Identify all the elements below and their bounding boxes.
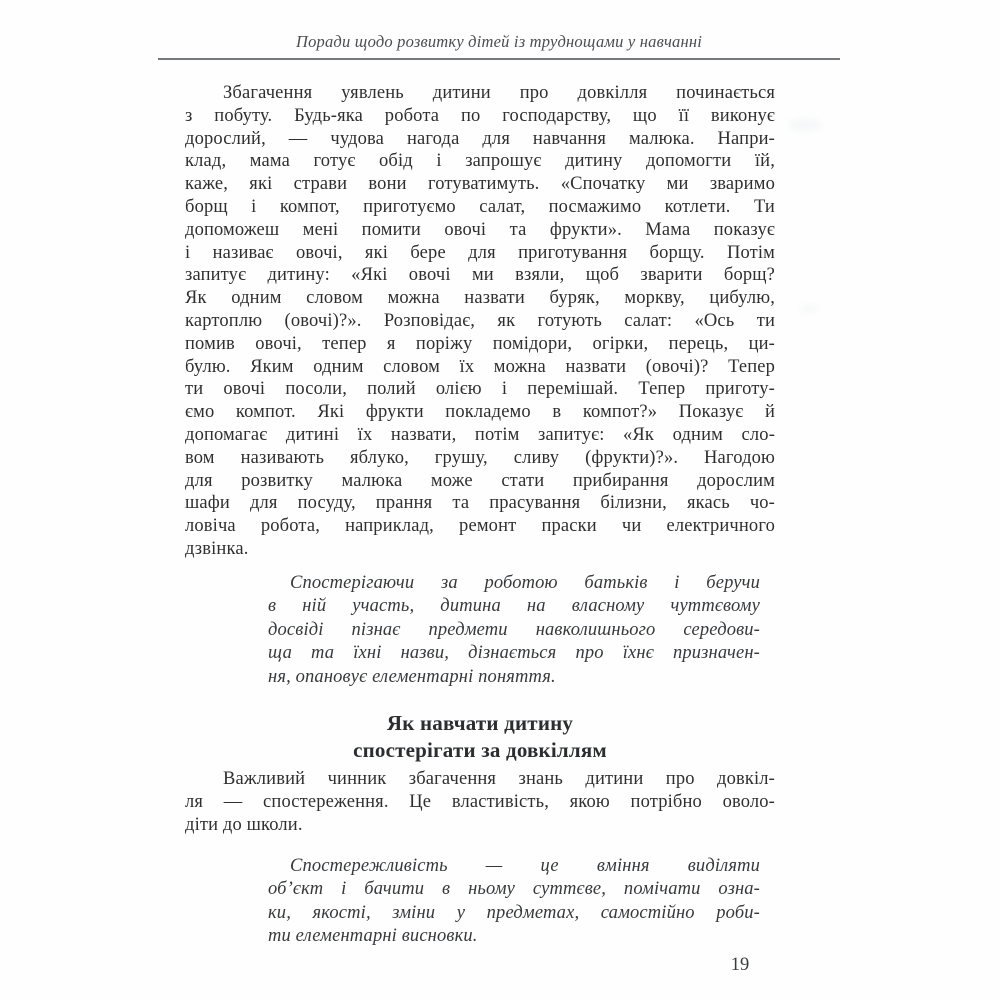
text-line: ща та їхні назви, дізнається про їхнє пр… bbox=[268, 642, 760, 665]
text-line: для розвитку малюка може стати прибиранн… bbox=[185, 470, 775, 493]
text-line: діти до школи. bbox=[185, 814, 775, 837]
text-line: шафи для посуду, прання та прасування бі… bbox=[185, 492, 775, 515]
text-line: з побуту. Будь-яка робота по господарств… bbox=[185, 105, 775, 128]
book-page: Поради щодо розвитку дітей із труднощами… bbox=[0, 0, 1000, 1000]
text-line: спостерігати за довкіллям bbox=[185, 737, 775, 764]
text-line: дзвінка. bbox=[185, 538, 775, 561]
text-line: допоможеш мені помити овочі та фрукти». … bbox=[185, 219, 775, 242]
header-rule bbox=[158, 58, 840, 60]
text-line: булю. Яким одним словом їх можна назвати… bbox=[185, 356, 775, 379]
section-heading: Як навчати дитинуспостерігати за довкілл… bbox=[185, 710, 775, 763]
text-line: Спостерігаючи за роботою батьків і беруч… bbox=[268, 572, 760, 595]
text-line: ля — спостереження. Це властивість, якою… bbox=[185, 791, 775, 814]
text-line: ня, опановує елементарні поняття. bbox=[268, 666, 760, 689]
text-line: і називає овочі, які бере для приготуван… bbox=[185, 242, 775, 265]
text-line: помив овочі, тепер я поріжу помідори, ог… bbox=[185, 333, 775, 356]
body-paragraph: Важливий чинник збагачення знань дитини … bbox=[185, 768, 775, 836]
text-line: ти елементарні висновки. bbox=[268, 925, 760, 948]
text-line: клад, мама готує обід і запрошує дитину … bbox=[185, 150, 775, 173]
body-paragraph: Збагачення уявлень дитини про довкілля п… bbox=[185, 82, 775, 561]
text-line: ловіча робота, наприклад, ремонт праски … bbox=[185, 515, 775, 538]
italic-quote-block: Спостерігаючи за роботою батьків і беруч… bbox=[268, 572, 760, 689]
text-line: ки, якості, зміни у предметах, самостійн… bbox=[268, 902, 760, 925]
running-header: Поради щодо розвитку дітей із труднощами… bbox=[158, 32, 840, 52]
text-line: об’єкт і бачити в ньому суттєве, помічат… bbox=[268, 878, 760, 901]
text-line: ємо компот. Які фрукти покладемо в компо… bbox=[185, 401, 775, 424]
text-line: допомагає дитині їх назвати, потім запит… bbox=[185, 424, 775, 447]
italic-quote-block: Спостережливість — це вміння виділятиоб’… bbox=[268, 855, 760, 949]
text-line: каже, які страви вони готуватимуть. «Спо… bbox=[185, 173, 775, 196]
text-line: ти овочі посоли, полий олією і перемішай… bbox=[185, 378, 775, 401]
text-line: досвіді пізнає предмети навколишнього се… bbox=[268, 619, 760, 642]
text-line: борщ і компот, приготуємо салат, посмажи… bbox=[185, 196, 775, 219]
text-line: запитує дитину: «Які овочі ми взяли, щоб… bbox=[185, 264, 775, 287]
text-line: картоплю (овочі)?». Розповідає, як готую… bbox=[185, 310, 775, 333]
scan-artifact bbox=[800, 305, 818, 313]
text-line: Збагачення уявлень дитини про довкілля п… bbox=[185, 82, 775, 105]
text-line: в ній участь, дитина на власному чуттєво… bbox=[268, 595, 760, 618]
text-line: дорослий, — чудова нагода для навчання м… bbox=[185, 128, 775, 151]
text-line: вом називають яблуко, грушу, сливу (фрук… bbox=[185, 447, 775, 470]
text-line: Як одним словом можна назвати буряк, мор… bbox=[185, 287, 775, 310]
text-line: Як навчати дитину bbox=[185, 710, 775, 737]
text-line: Спостережливість — це вміння виділяти bbox=[268, 855, 760, 878]
text-line: Важливий чинник збагачення знань дитини … bbox=[185, 768, 775, 791]
scan-artifact bbox=[788, 118, 822, 132]
page-number: 19 bbox=[700, 955, 780, 976]
